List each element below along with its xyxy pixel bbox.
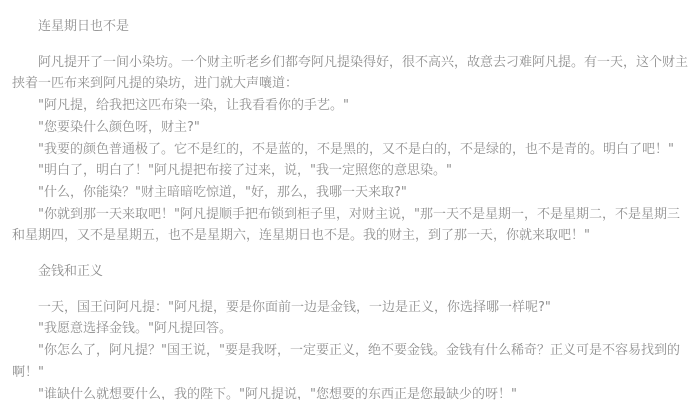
story-paragraph: "您要染什么颜色呀，财主?" [12,117,690,139]
story-title: 连星期日也不是 [12,16,690,38]
story-paragraph: "我愿意选择金钱。"阿凡提回答。 [12,318,690,340]
story-paragraph: "你怎么了，阿凡提？"国王说，"要是我呀，一定要正义，绝不要金钱。金钱有什么稀奇… [12,340,690,383]
story-title: 金钱和正义 [12,261,690,283]
story-paragraph: 阿凡提开了一间小染坊。一个财主听老乡们都夸阿凡提染得好，很不高兴，故意去刁难阿凡… [12,52,690,95]
story-paragraph: "我要的颜色普通极了。它不是红的，不是蓝的，不是黑的，又不是白的，不是绿的，也不… [12,139,690,161]
story-paragraph: "阿凡提，给我把这匹布染一染，让我看看你的手艺。" [12,95,690,117]
story-section-sunday: 连星期日也不是 阿凡提开了一间小染坊。一个财主听老乡们都夸阿凡提染得好，很不高兴… [12,16,690,247]
story-section-money-justice: 金钱和正义 一天，国王问阿凡提："阿凡提，要是你面前一边是金钱，一边是正义，你选… [12,261,690,400]
story-page: 连星期日也不是 阿凡提开了一间小染坊。一个财主听老乡们都夸阿凡提染得好，很不高兴… [0,0,700,400]
story-paragraph: "什么，你能染？"财主暗暗吃惊道，"好，那么，我哪一天来取?" [12,182,690,204]
story-paragraph: 一天，国王问阿凡提："阿凡提，要是你面前一边是金钱，一边是正义，你选择哪一样呢?… [12,297,690,319]
story-paragraph: "谁缺什么就想要什么，我的陛下。"阿凡提说，"您想要的东西正是您最缺少的呀！" [12,384,690,400]
story-paragraph: "你就到那一天来取吧！"阿凡提顺手把布锁到柜子里，对财主说，"那一天不是星期一，… [12,204,690,247]
story-paragraph: "明白了，明白了！"阿凡提把布接了过来，说，"我一定照您的意思染。" [12,160,690,182]
